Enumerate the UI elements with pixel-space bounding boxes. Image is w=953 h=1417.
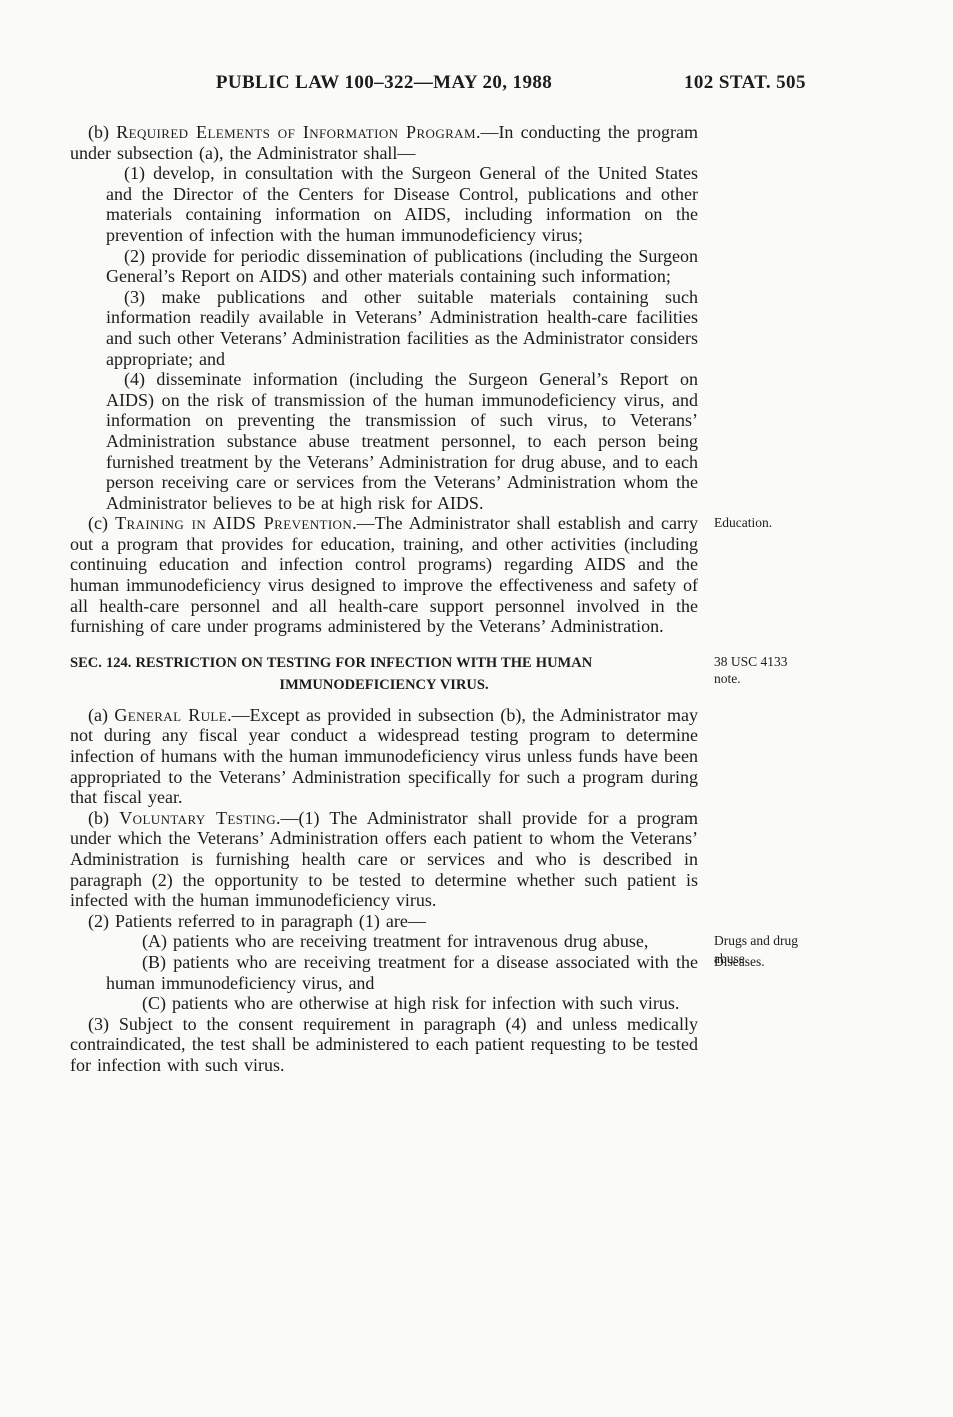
paragraph-sec124-b2B: (B) patients who are receiving treatment… — [106, 952, 698, 993]
statute-text: (b) Required Elements of Information Pro… — [70, 122, 698, 1076]
paragraph-b4: (4) disseminate information (including t… — [106, 369, 698, 513]
paragraph-text: (3) make publications and other suitable… — [106, 287, 698, 369]
document-page: PUBLIC LAW 100–322—MAY 20, 1988 102 STAT… — [0, 0, 953, 1417]
paragraph-sec124-b2C: (C) patients who are otherwise at high r… — [106, 993, 698, 1014]
paragraph-sec124-b2: (2) Patients referred to in paragraph (1… — [70, 911, 698, 932]
margin-note-usc-4133: 38 USC 4133 note. — [714, 653, 806, 688]
section-124-heading: SEC. 124. RESTRICTION ON TESTING FOR INF… — [70, 652, 698, 696]
paragraph-text: (2) provide for periodic dissemination o… — [106, 246, 698, 287]
enum-label: (c) — [88, 513, 115, 533]
paragraph-text: (A) patients who are receiving treatment… — [142, 931, 648, 951]
paragraph-text: (C) patients who are otherwise at high r… — [142, 993, 679, 1013]
paragraph-sec124-b3: (3) Subject to the consent requirement i… — [70, 1014, 698, 1076]
stat-citation: 102 STAT. 505 — [684, 72, 884, 94]
paragraph-b-intro: (b) Required Elements of Information Pro… — [70, 122, 698, 163]
paragraph-c: (c) Training in AIDS Prevention.—The Adm… — [70, 513, 698, 637]
margin-note-diseases: Diseases. — [714, 953, 806, 971]
smallcaps-lead: Training in AIDS Prevention — [115, 513, 352, 533]
paragraph-b3: (3) make publications and other suitable… — [106, 287, 698, 369]
smallcaps-lead: Required Elements of Information Program — [116, 122, 476, 142]
paragraph-sec124-b2A: (A) patients who are receiving treatment… — [106, 931, 698, 952]
paragraph-text: (4) disseminate information (including t… — [106, 369, 698, 513]
paragraph-sec124-b: (b) Voluntary Testing.—(1) The Administr… — [70, 808, 698, 911]
section-heading-line1: SEC. 124. RESTRICTION ON TESTING FOR INF… — [70, 652, 698, 674]
paragraph-b2: (2) provide for periodic dissemination o… — [106, 246, 698, 287]
margin-note-education: Education. — [714, 514, 806, 532]
enum-label: (b) — [88, 808, 119, 828]
enum-label: (a) — [88, 705, 114, 725]
enum-label: (b) — [88, 122, 116, 142]
smallcaps-lead: General Rule — [114, 705, 227, 725]
paragraph-text: (2) Patients referred to in paragraph (1… — [88, 911, 426, 931]
smallcaps-lead: Voluntary Testing — [119, 808, 276, 828]
law-title: PUBLIC LAW 100–322—MAY 20, 1988 — [70, 72, 698, 94]
paragraph-b1: (1) develop, in consultation with the Su… — [106, 163, 698, 245]
section-heading-line2: IMMUNODEFICIENCY VIRUS. — [70, 674, 698, 696]
paragraph-text: (1) develop, in consultation with the Su… — [106, 163, 698, 245]
paragraph-text: (3) Subject to the consent requirement i… — [70, 1014, 698, 1075]
paragraph-text: (B) patients who are receiving treatment… — [106, 952, 698, 993]
paragraph-sec124-a: (a) General Rule.—Except as provided in … — [70, 705, 698, 808]
